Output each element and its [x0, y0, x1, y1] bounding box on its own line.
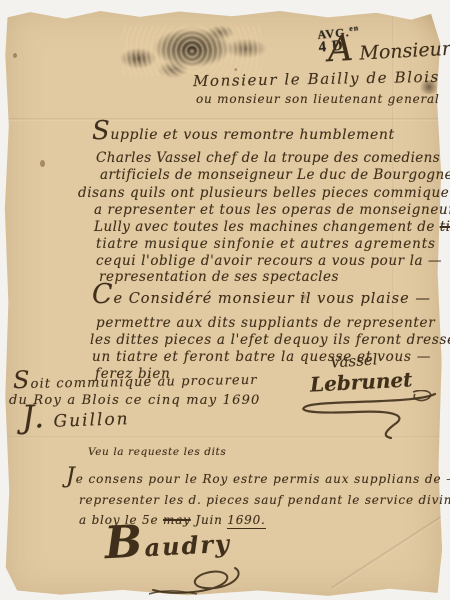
fold-crease [331, 505, 450, 589]
petition-line: Charles Vassel chef de la troupe des com… [96, 150, 440, 166]
consent-line: Je consens pour le Roy estre permis aux … [66, 472, 450, 486]
signature-flourish [295, 390, 440, 442]
signature-paraph [145, 562, 255, 598]
consent-date-month: Juin [191, 513, 228, 527]
petition-line: cequi l'oblige d'avoir recours a vous po… [96, 253, 442, 269]
scanned-manuscript-page: { "document": { "tax_stamp": { "line1": … [0, 0, 450, 600]
request-line: un tiatre et feront batre la quesse et v… [92, 349, 431, 365]
foxing-speck [13, 53, 17, 58]
petition-line: Supplie et vous remontre humblement [92, 126, 395, 143]
request-line: les dittes pieces a l'efet dequoy ils fe… [90, 332, 450, 348]
petition-line: representation de ses spectacles [99, 269, 339, 285]
review-note: Veu la requeste les dits [88, 446, 226, 458]
struck-month: may [163, 513, 191, 527]
petition-line: tiatre musique sinfonie et autres agreme… [96, 236, 436, 252]
referral-line: du Roy a Blois ce cinq may 1690 [9, 393, 261, 408]
foxing-speck [40, 160, 45, 167]
signature-guillon: J. Guillon [22, 408, 130, 433]
request-line: permettre aux dits suppliants de represe… [96, 315, 435, 331]
fold-crease [4, 118, 442, 121]
petition-line: disans quils ont plusieurs belles pieces… [78, 185, 449, 201]
address-line: ou monsieur son lieutenant general [196, 92, 440, 106]
struck-word: tit [440, 219, 450, 235]
consent-line: representer les d. pieces sauf pendant l… [79, 493, 450, 507]
request-line: Ce Considéré monsieur il vous plaise — [92, 290, 431, 307]
consent-year: 1690. [227, 513, 265, 529]
petition-line: Lully avec toutes les machines changemen… [94, 219, 450, 235]
petition-line: a representer et tous les operas de mons… [94, 202, 450, 218]
petition-line: artificiels de monseigneur Le duc de Bou… [100, 167, 450, 183]
petition-line-text: Lully avec toutes les machines changemen… [94, 219, 440, 235]
